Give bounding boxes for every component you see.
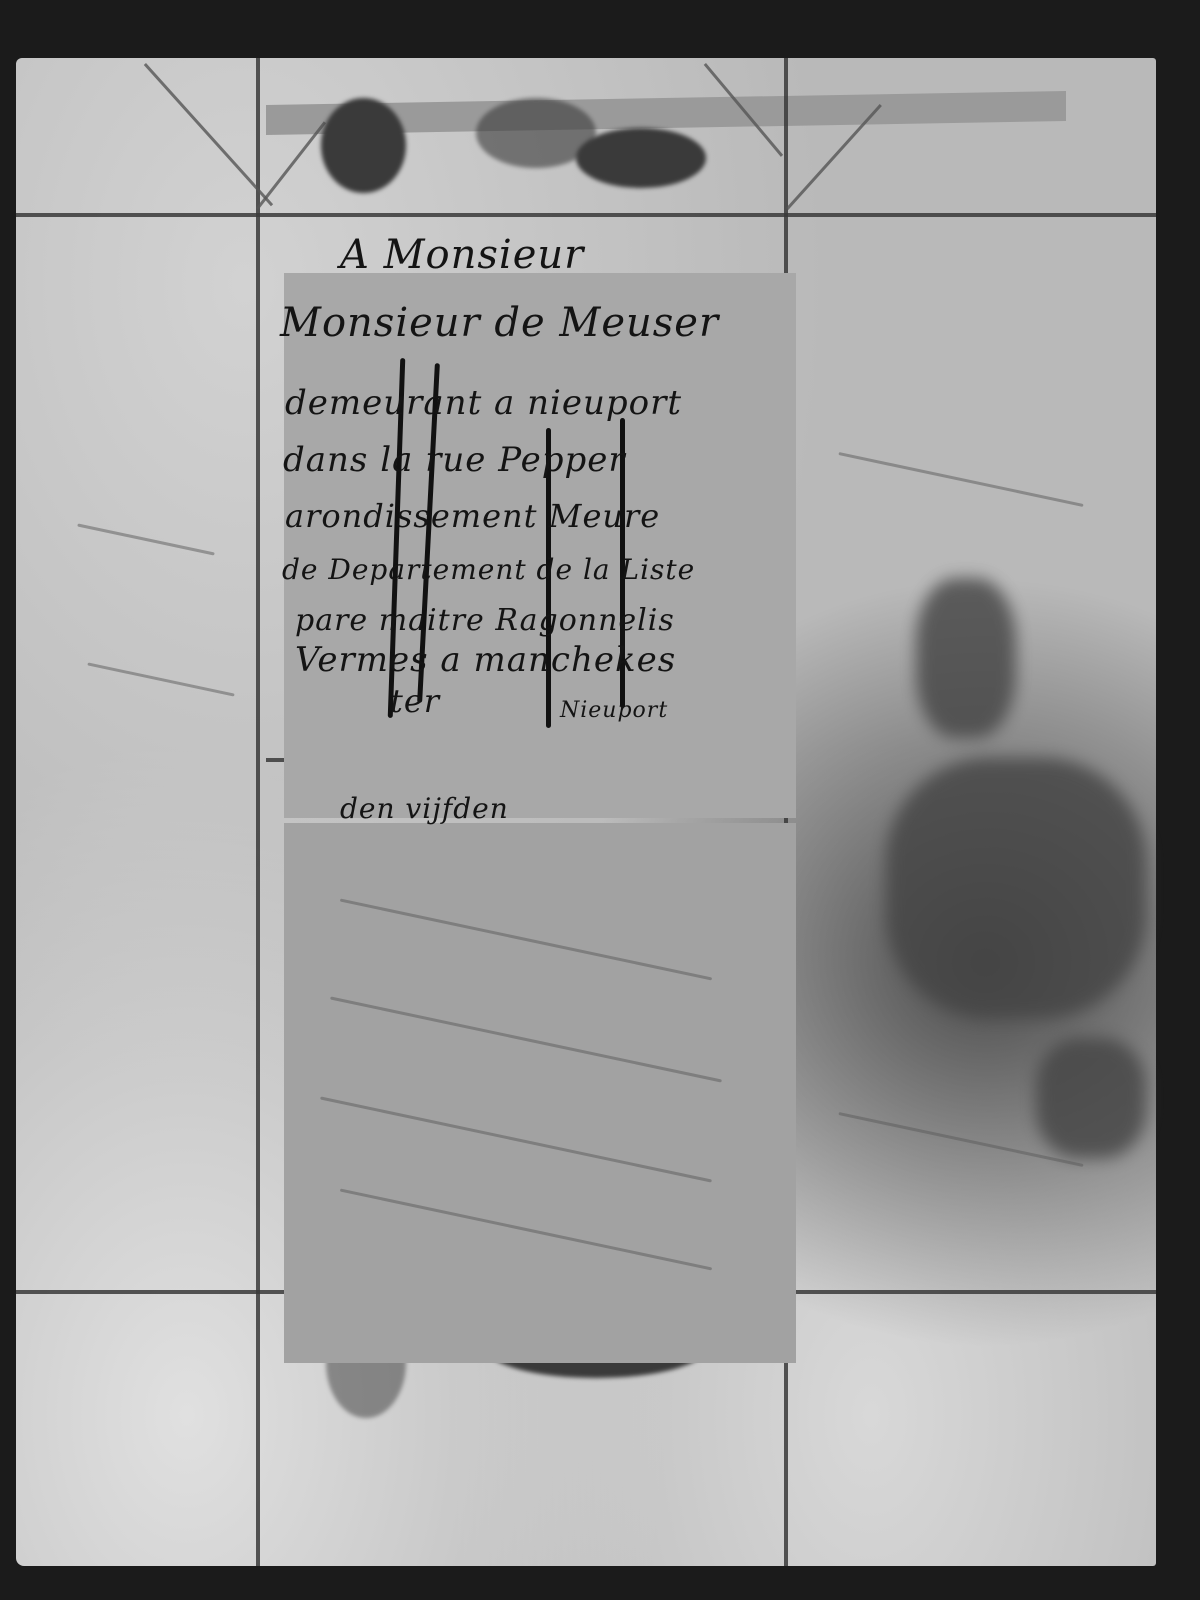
- address-line-5: arondissement Meure: [285, 497, 660, 535]
- water-stain: [1036, 1038, 1146, 1158]
- address-line-4: dans la rue Pepper: [283, 440, 626, 480]
- address-line-7: pare maitre Ragonnelis: [295, 603, 675, 638]
- bleed-through-ink: [77, 523, 215, 555]
- address-line-2: Monsieur de Meuser: [280, 300, 719, 346]
- fold-line-top: [16, 213, 1156, 217]
- water-stain: [916, 578, 1016, 738]
- bleed-through-ink: [838, 452, 1083, 507]
- address-line-8: Vermes a manchekes: [295, 640, 676, 680]
- postmark-note: Nieuport: [560, 698, 668, 723]
- wax-seal-remnant: [576, 128, 706, 188]
- letter-sheet: [16, 58, 1156, 1566]
- fold-line-left: [256, 58, 260, 1566]
- address-panel: [284, 273, 796, 818]
- bleed-through-ink: [87, 662, 234, 696]
- address-line-1: A Monsieur: [340, 232, 584, 278]
- water-stain: [886, 758, 1146, 1018]
- fold-diagonal: [144, 63, 273, 206]
- address-line-9: ter: [390, 682, 440, 720]
- lower-panel-note: den vijfden: [340, 792, 509, 825]
- address-line-3: demeurant a nieuport: [285, 383, 682, 423]
- address-line-6: de Departement de la Liste: [282, 553, 695, 586]
- wax-seal-remnant: [321, 98, 406, 193]
